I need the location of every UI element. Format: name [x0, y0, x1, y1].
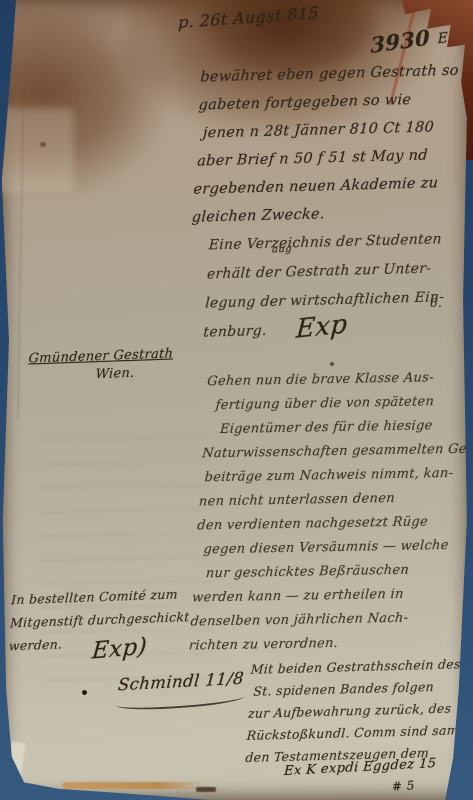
manuscript-page: p. 26t Augst 815 3930 Ew° bewähret eben … — [0, 0, 473, 800]
paper-stain-top-left — [0, 10, 165, 195]
margin-addressee-note: Gmündener Gestrath Wien. — [27, 345, 174, 386]
torn-edge-highlight — [4, 741, 25, 794]
interline-insertion: aug — [272, 243, 293, 255]
expedit-flourish-2: Exp) — [91, 633, 148, 664]
paper-flap-highlight — [0, 108, 74, 193]
expedit-flourish: Exp — [295, 309, 348, 345]
margin-number: 6. — [430, 296, 442, 310]
stain-speck — [40, 142, 46, 147]
handwritten-line: beiträge zum Nachweis nimmt, kan- — [204, 462, 473, 491]
ink-speck — [330, 362, 334, 366]
dark-mark — [196, 787, 216, 792]
left-crease-line — [17, 60, 25, 420]
date-line: p. 26t Augst 815 — [178, 3, 319, 32]
main-paragraph: Gehen nun die brave Klasse Aus- fertigun… — [188, 365, 473, 658]
handwritten-line: Wien. — [95, 363, 173, 384]
handwritten-line: gegen diesen Versäumnis — welche — [203, 534, 469, 563]
closing-paragraph: Mit beiden Gestrathsschein des St. spide… — [245, 653, 472, 769]
document-number-value: 3930 — [370, 24, 430, 57]
tan-streak — [62, 782, 204, 789]
ink-speck — [82, 690, 87, 695]
paragraph-1: bewähret eben gegen Gestrath so wer- gab… — [191, 56, 473, 232]
docket-number: # 5 — [392, 778, 416, 794]
